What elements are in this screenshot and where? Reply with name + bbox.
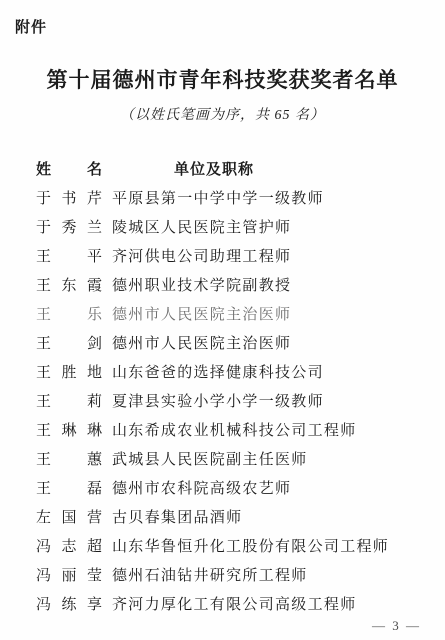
document-page: 附件 第十届德州市青年科技奖获奖者名单 （以姓氏笔画为序，共 65 名） 姓名 … (0, 0, 445, 640)
person-affiliation: 山东华鲁恒升化工股份有限公司工程师 (102, 535, 389, 556)
header-name-column: 姓名 (36, 158, 102, 179)
person-affiliation: 陵城区人民医院主管护师 (102, 216, 291, 237)
person-affiliation: 夏津县实验小学小学一级教师 (102, 390, 324, 411)
page-title: 第十届德州市青年科技奖获奖者名单 (0, 64, 445, 94)
page-subtitle: （以姓氏笔画为序，共 65 名） (0, 104, 445, 124)
table-row: 于书芹 平原县第一中学中学一级教师 (36, 187, 435, 216)
person-affiliation: 齐河供电公司助理工程师 (102, 245, 291, 266)
table-row: 于秀兰 陵城区人民医院主管护师 (36, 216, 435, 245)
person-name: 王乐 (36, 303, 102, 324)
person-name: 左国营 (36, 506, 102, 527)
person-name: 王琳琳 (36, 419, 102, 440)
person-name: 王磊 (36, 477, 102, 498)
table-row: 王东霞 德州职业技术学院副教授 (36, 274, 435, 303)
person-name: 王蕙 (36, 448, 102, 469)
page-number: — 3 — (372, 618, 421, 634)
person-affiliation: 齐河力厚化工有限公司高级工程师 (102, 593, 357, 614)
attachment-label: 附件 (15, 16, 47, 37)
person-name: 王剑 (36, 332, 102, 353)
person-name: 于书芹 (36, 187, 102, 208)
person-affiliation: 德州市人民医院主治医师 (102, 303, 291, 324)
table-header-row: 姓名 单位及职称 (36, 158, 435, 187)
table-row: 冯志超 山东华鲁恒升化工股份有限公司工程师 (36, 535, 435, 564)
person-affiliation: 古贝春集团品酒师 (102, 506, 242, 527)
person-name: 冯练享 (36, 593, 102, 614)
person-affiliation: 山东希成农业机械科技公司工程师 (102, 419, 357, 440)
person-name: 王平 (36, 245, 102, 266)
table-row: 王莉 夏津县实验小学小学一级教师 (36, 390, 435, 419)
winners-table: 姓名 单位及职称 于书芹 平原县第一中学中学一级教师 于秀兰 陵城区人民医院主管… (36, 158, 435, 622)
person-affiliation: 山东爸爸的选择健康科技公司 (102, 361, 324, 382)
table-row: 王磊 德州市农科院高级农艺师 (36, 477, 435, 506)
table-row: 左国营 古贝春集团品酒师 (36, 506, 435, 535)
table-row: 王蕙 武城县人民医院副主任医师 (36, 448, 435, 477)
person-name: 冯志超 (36, 535, 102, 556)
table-row: 王琳琳 山东希成农业机械科技公司工程师 (36, 419, 435, 448)
table-row: 王胜地 山东爸爸的选择健康科技公司 (36, 361, 435, 390)
person-affiliation: 德州市人民医院主治医师 (102, 332, 291, 353)
person-affiliation: 平原县第一中学中学一级教师 (102, 187, 324, 208)
person-name: 于秀兰 (36, 216, 102, 237)
header-affiliation-column: 单位及职称 (102, 158, 254, 179)
table-rows: 于书芹 平原县第一中学中学一级教师 于秀兰 陵城区人民医院主管护师 王平 齐河供… (36, 187, 435, 622)
person-affiliation: 德州石油钻井研究所工程师 (102, 564, 308, 585)
table-row: 王平 齐河供电公司助理工程师 (36, 245, 435, 274)
person-name: 王胜地 (36, 361, 102, 382)
table-row: 王剑 德州市人民医院主治医师 (36, 332, 435, 361)
person-affiliation: 德州市农科院高级农艺师 (102, 477, 291, 498)
table-row: 冯丽莹 德州石油钻井研究所工程师 (36, 564, 435, 593)
table-row: 王乐 德州市人民医院主治医师 (36, 303, 435, 332)
person-affiliation: 德州职业技术学院副教授 (102, 274, 291, 295)
person-name: 冯丽莹 (36, 564, 102, 585)
person-name: 王东霞 (36, 274, 102, 295)
person-name: 王莉 (36, 390, 102, 411)
person-affiliation: 武城县人民医院副主任医师 (102, 448, 308, 469)
